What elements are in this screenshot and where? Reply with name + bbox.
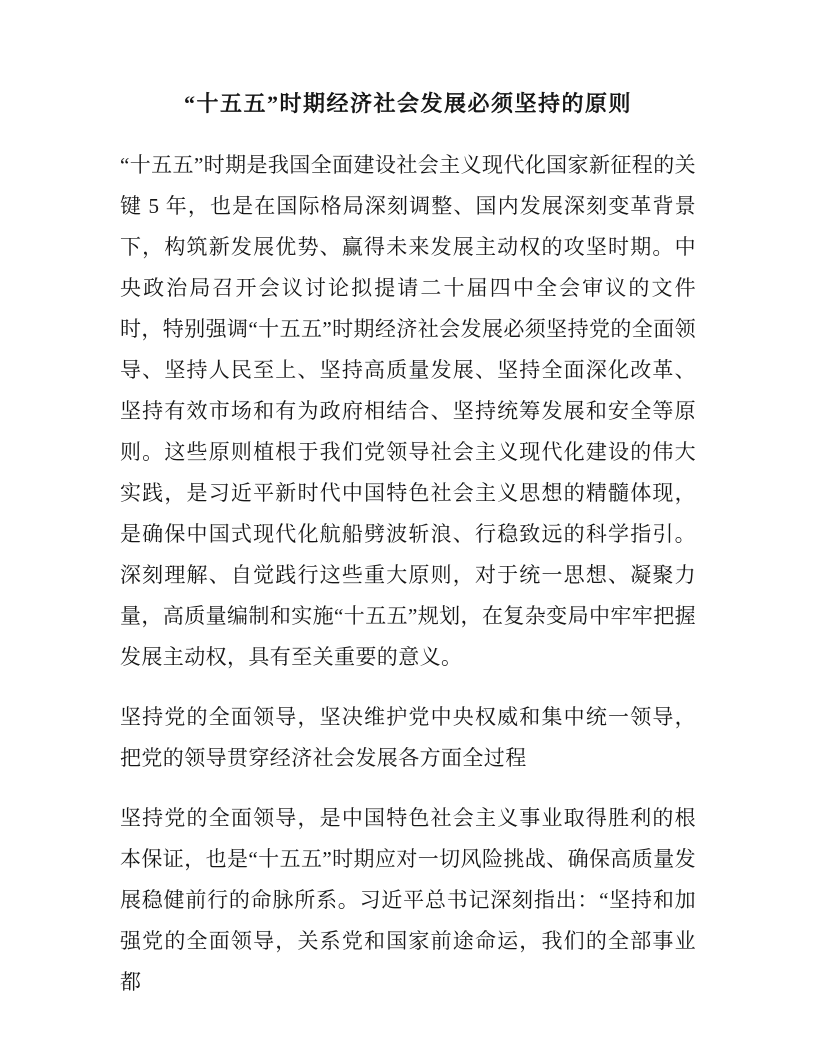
document-page: “十五五”时期经济社会发展必须坚持的原则 “十五五”时期是我国全面建设社会主义现… xyxy=(0,0,816,1056)
paragraph-intro: “十五五”时期是我国全面建设社会主义现代化国家新征程的关键 5 年，也是在国际格… xyxy=(120,145,696,678)
paragraph-body: 坚持党的全面领导，是中国特色社会主义事业取得胜利的根本保证，也是“十五五”时期应… xyxy=(120,798,696,1003)
document-title: “十五五”时期经济社会发展必须坚持的原则 xyxy=(120,84,696,124)
paragraph-subheading: 坚持党的全面领导，坚决维护党中央权威和集中统一领导，把党的领导贯穿经济社会发展各… xyxy=(120,697,696,779)
